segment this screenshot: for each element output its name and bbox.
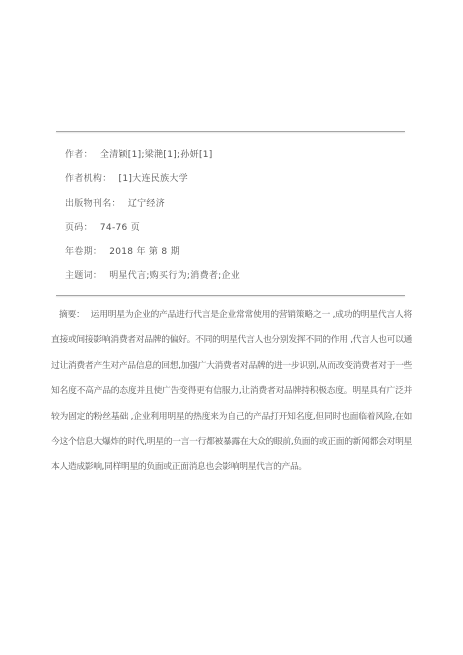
meta-row-journal: 出版物刊名：辽宁经济 (65, 192, 415, 216)
top-divider (56, 131, 405, 132)
abstract-section: 摘要：运用明星为企业的产品进行代言是企业常常使用的营销策略之一 ,成功的明星代言… (51, 303, 412, 481)
meta-row-pages: 页码：74-76 页 (65, 216, 415, 240)
meta-row-authors: 作者：全清颖[1];梁滟[1];孙妍[1] (65, 143, 415, 167)
pages-label: 页码： (65, 223, 93, 233)
abstract-body-text: 运用明星为企业的产品进行代言是企业常常使用的营销策略之一 ,成功的明星代言人将直… (51, 310, 412, 472)
authors-value: 全清颖[1];梁滟[1];孙妍[1] (100, 150, 213, 160)
abstract-paragraph: 摘要：运用明星为企业的产品进行代言是企业常常使用的营销策略之一 ,成功的明星代言… (51, 303, 412, 481)
authors-label: 作者： (65, 150, 93, 160)
issue-label: 年卷期： (65, 247, 102, 257)
abstract-label: 摘要： (59, 310, 85, 320)
article-metadata: 作者：全清颖[1];梁滟[1];孙妍[1] 作者机构：[1]大连民族大学 出版物… (65, 143, 415, 289)
article-detail-page: 作者：全清颖[1];梁滟[1];孙妍[1] 作者机构：[1]大连民族大学 出版物… (0, 0, 463, 655)
meta-row-keywords: 主题词：明星代言;购买行为;消费者;企业 (65, 264, 415, 288)
journal-value: 辽宁经济 (128, 199, 165, 209)
issue-value: 2018 年 第 8 期 (109, 247, 180, 257)
keywords-label: 主题词： (65, 271, 102, 281)
journal-label: 出版物刊名： (65, 199, 121, 209)
keywords-value: 明星代言;购买行为;消费者;企业 (109, 271, 240, 281)
affiliation-value: [1]大连民族大学 (119, 174, 188, 184)
meta-row-affiliation: 作者机构：[1]大连民族大学 (65, 167, 415, 191)
affiliation-label: 作者机构： (65, 174, 112, 184)
pages-value: 74-76 页 (100, 223, 140, 233)
meta-row-issue: 年卷期：2018 年 第 8 期 (65, 240, 415, 264)
abstract-divider (56, 295, 405, 296)
